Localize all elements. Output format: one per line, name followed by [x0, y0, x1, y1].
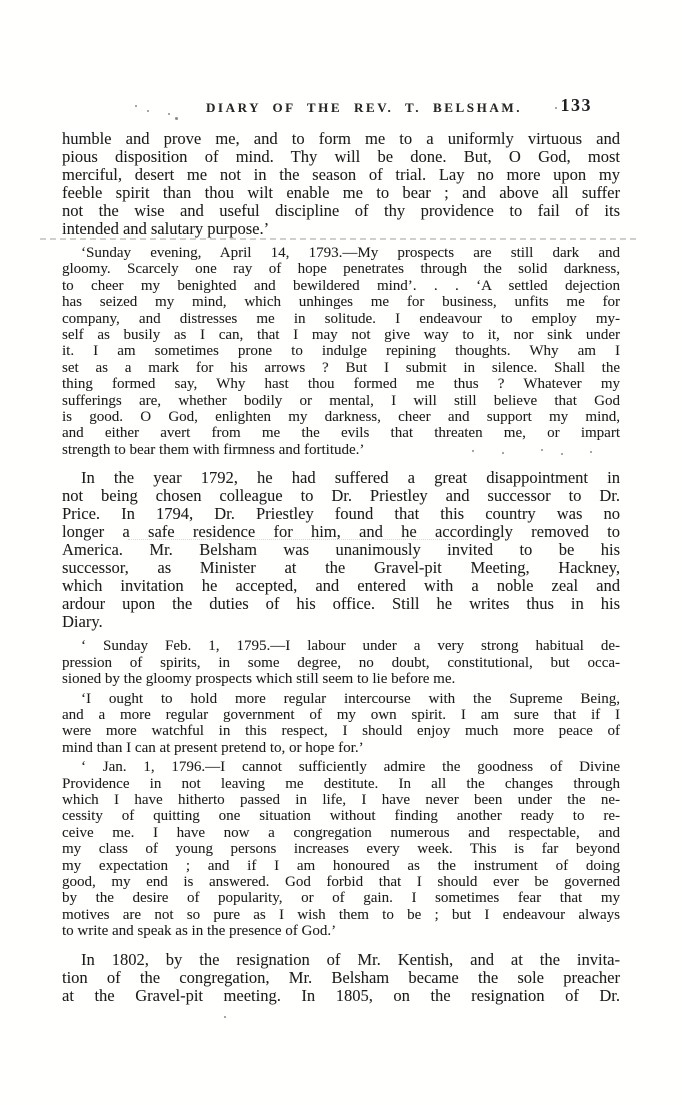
text-line: which invitation he accepted, and entere…	[62, 577, 620, 595]
text-line: Providence in not leaving me destitute. …	[62, 776, 620, 792]
text-line: self as busily as I can, that I may not …	[62, 327, 620, 343]
text-line: which I have hitherto passed in life, I …	[62, 792, 620, 808]
text-line: sufferings are, whether bodily or mental…	[62, 393, 620, 409]
text-line: not being chosen colleague to Dr. Priest…	[62, 487, 620, 505]
page-header: DIARY OF THE REV. T. BELSHAM. 133	[62, 100, 620, 124]
text-line: not the wise and useful discipline of th…	[62, 202, 620, 220]
text-line: humble and prove me, and to form me to a…	[62, 130, 620, 148]
text-line: pression of spirits, in some degree, no …	[62, 655, 620, 671]
text-line: ardour upon the duties of his office. St…	[62, 595, 620, 613]
text-line: Price. In 1794, Dr. Priestley found that…	[62, 505, 620, 523]
text-line: In 1802, by the resignation of Mr. Kenti…	[62, 951, 620, 969]
text-line: has seized my mind, which unhinges me fo…	[62, 294, 620, 310]
text-line: company, and distresses me in solitude. …	[62, 311, 620, 327]
text-line: my expectation ; and if I am honoured as…	[62, 858, 620, 874]
text-line: America. Mr. Belsham was unanimously inv…	[62, 541, 620, 559]
scan-speck	[502, 452, 504, 454]
text-line: pious disposition of mind. Thy will be d…	[62, 148, 620, 166]
paragraph-4: ‘ Sunday Feb. 1, 1795.—I labour under a …	[62, 638, 620, 687]
text-line: to cheer my benighted and bewildered min…	[62, 278, 620, 294]
text-line: Diary.	[62, 613, 620, 631]
text-line: tion of the congregation, Mr. Belsham be…	[62, 969, 620, 987]
scan-speck	[590, 451, 592, 453]
text-line: feeble spirit than thou wilt enable me t…	[62, 184, 620, 202]
scan-speck	[472, 450, 474, 452]
paragraph-5: ‘I ought to hold more regular intercours…	[62, 691, 620, 757]
text-line: sioned by the gloomy prospects which sti…	[62, 671, 620, 687]
paragraph-3: In the year 1792, he had suffered a grea…	[62, 469, 620, 631]
scan-speck	[541, 449, 543, 451]
paragraph-1: humble and prove me, and to form me to a…	[62, 130, 620, 238]
text-line: and a more regular government of my own …	[62, 707, 620, 723]
scan-speck	[135, 105, 137, 107]
scan-artifact-line	[128, 539, 468, 540]
text-line: strength to bear them with firmness and …	[62, 442, 620, 458]
scan-speck	[561, 453, 563, 455]
text-line: were more watchful in this respect, I sh…	[62, 723, 620, 739]
text-line: motives are not so pure as I wish them t…	[62, 907, 620, 923]
text-line: my class of young persons increases ever…	[62, 841, 620, 857]
scan-artifact-line	[40, 238, 636, 240]
text-line: successor, as Minister at the Gravel-pit…	[62, 559, 620, 577]
scan-speck	[168, 113, 170, 115]
text-line: it. I am sometimes prone to indulge repi…	[62, 343, 620, 359]
text-line: ‘ Sunday Feb. 1, 1795.—I labour under a …	[62, 638, 620, 654]
scanned-book-page: DIARY OF THE REV. T. BELSHAM. 133 humble…	[0, 0, 682, 1105]
text-line: ‘Sunday evening, April 14, 1793.—My pros…	[62, 245, 620, 261]
text-line: ceive me. I have now a congregation nume…	[62, 825, 620, 841]
text-line: by the desire of popularity, or of gain.…	[62, 890, 620, 906]
paragraph-7: In 1802, by the resignation of Mr. Kenti…	[62, 951, 620, 1005]
text-line: merciful, desert me not in the season of…	[62, 166, 620, 184]
paragraph-6: ‘ Jan. 1, 1796.—I cannot sufficiently ad…	[62, 759, 620, 939]
text-line: is good. O God, enlighten my darkness, c…	[62, 409, 620, 425]
text-line: set as a mark for his arrows ? But I sub…	[62, 360, 620, 376]
scan-speck	[555, 107, 557, 109]
text-line: and either avert from me the evils that …	[62, 425, 620, 441]
scan-speck	[224, 1016, 226, 1018]
text-line: to write and speak as in the presence of…	[62, 923, 620, 939]
text-line: at the Gravel-pit meeting. In 1805, on t…	[62, 987, 620, 1005]
text-line: ‘I ought to hold more regular intercours…	[62, 691, 620, 707]
text-line: gloomy. Scarcely one ray of hope penetra…	[62, 261, 620, 277]
paragraph-2: ‘Sunday evening, April 14, 1793.—My pros…	[62, 245, 620, 458]
text-line: ‘ Jan. 1, 1796.—I cannot sufficiently ad…	[62, 759, 620, 775]
text-line: cessity of quitting one situation withou…	[62, 808, 620, 824]
running-title: DIARY OF THE REV. T. BELSHAM.	[62, 100, 620, 116]
scan-speck	[175, 117, 178, 120]
scan-speck	[147, 110, 149, 112]
text-line: good, my end is answered. God forbid tha…	[62, 874, 620, 890]
page-body: humble and prove me, and to form me to a…	[62, 130, 620, 1005]
text-line: mind than I can at present pretend to, o…	[62, 740, 620, 756]
text-line: In the year 1792, he had suffered a grea…	[62, 469, 620, 487]
text-line: thing formed say, Why hast thou formed m…	[62, 376, 620, 392]
page-number: 133	[561, 95, 593, 116]
text-line: intended and salutary purpose.’	[62, 220, 620, 238]
